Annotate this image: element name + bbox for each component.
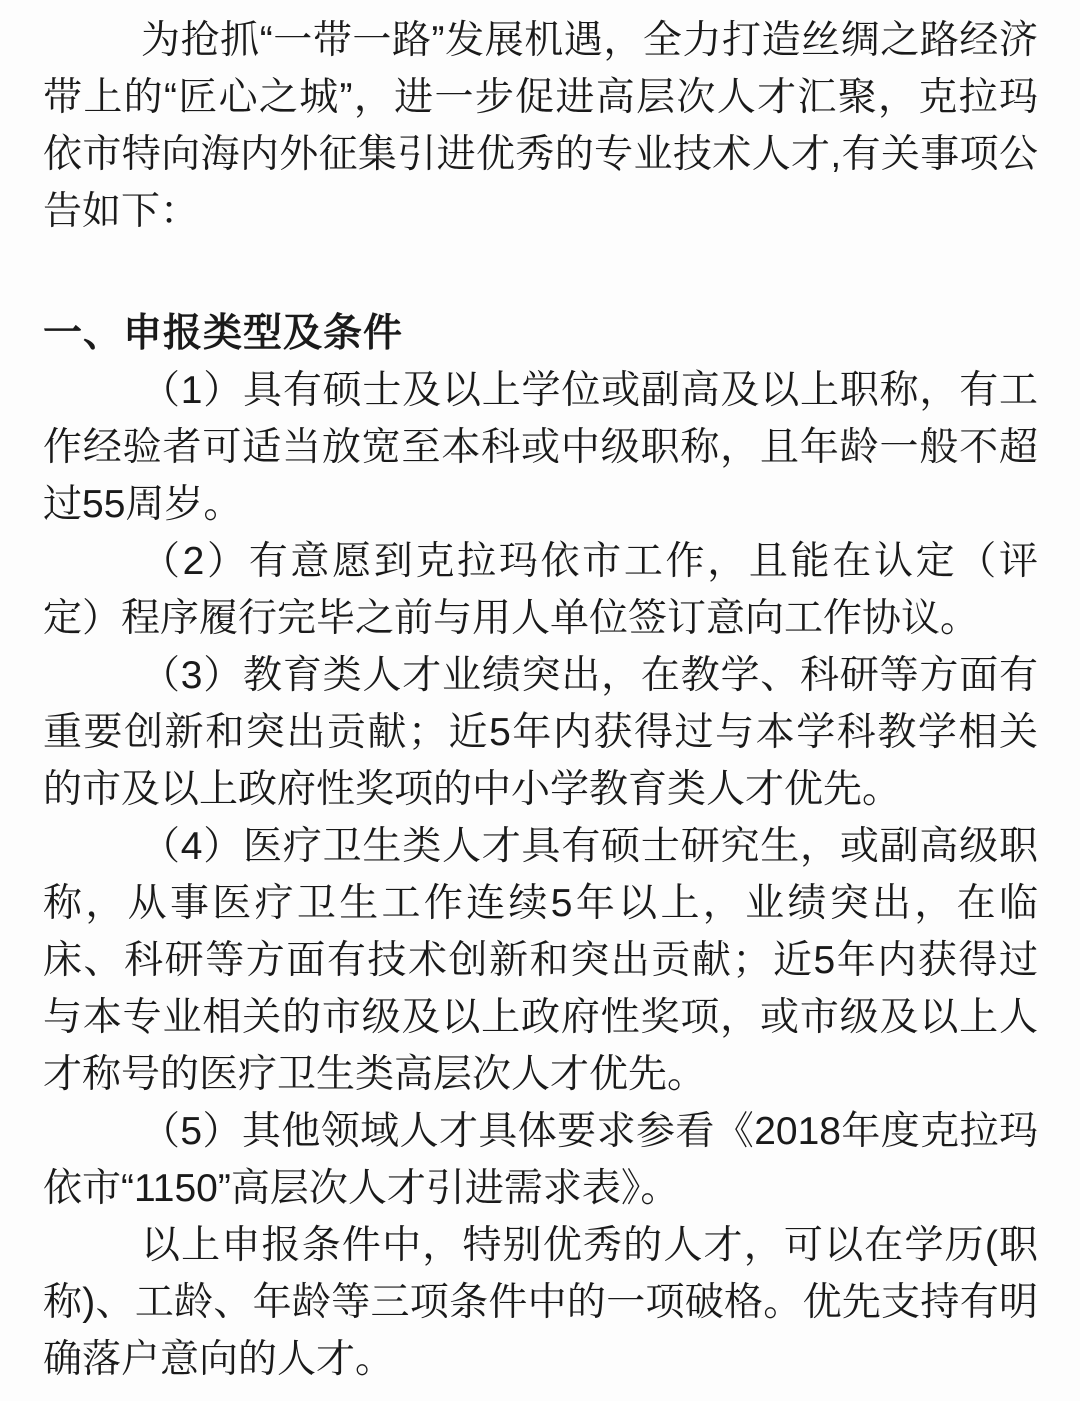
closing-paragraph: 以上申报条件中，特别优秀的人才，可以在学历(职称)、工龄、年龄等三项条件中的一项… <box>43 1217 1038 1388</box>
condition-1-paragraph: （1）具有硕士及以上学位或副高及以上职称，有工作经验者可适当放宽至本科或中级职称… <box>43 362 1038 533</box>
document-page: 为抢抓“一带一路”发展机遇，全力打造丝绸之路经济带上的“匠心之城”，进一步促进高… <box>0 0 1080 1401</box>
condition-3-paragraph: （3）教育类人才业绩突出，在教学、科研等方面有重要创新和突出贡献；近5年内获得过… <box>43 647 1038 818</box>
intro-paragraph: 为抢抓“一带一路”发展机遇，全力打造丝绸之路经济带上的“匠心之城”，进一步促进高… <box>43 12 1038 240</box>
condition-5-paragraph: （5）其他领域人才具体要求参看《2018年度克拉玛依市“1150”高层次人才引进… <box>43 1103 1038 1217</box>
condition-4-paragraph: （4）医疗卫生类人才具有硕士研究生，或副高级职称，从事医疗卫生工作连续5年以上，… <box>43 818 1038 1103</box>
condition-2-paragraph: （2）有意愿到克拉玛依市工作，且能在认定（评定）程序履行完毕之前与用人单位签订意… <box>43 533 1038 647</box>
section-heading-application-types: 一、申报类型及条件 <box>43 305 1038 362</box>
